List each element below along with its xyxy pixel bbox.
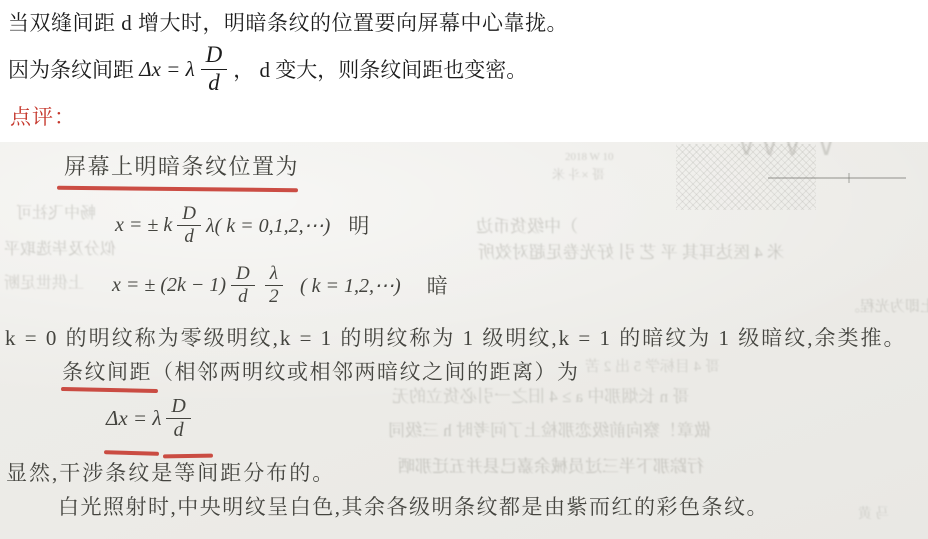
bright-label: 明 (348, 210, 371, 240)
formula-pre: x = ± (2k − 1) (112, 274, 226, 297)
document-page: { "intro": { "line1": "当双缝间距 d 增大时，明暗条纹的… (0, 0, 928, 539)
fraction-numerator: D (177, 204, 201, 226)
fraction-numerator: D (231, 264, 255, 286)
bleed-text: 似分及毕选取平 (4, 242, 116, 258)
fraction-numerator: D (201, 43, 228, 69)
intro-formula-lhs: Δx = λ (139, 57, 194, 82)
formula-post: ( k = 1,2,⋯) (300, 273, 401, 298)
bleed-text: 畅中飞社可 (16, 206, 96, 222)
formula-pre: x = ± k (115, 214, 172, 237)
bleed-horizontal-line (768, 177, 906, 179)
fraction-D-over-d: D d (177, 204, 201, 247)
scan-heading: 屏幕上明暗条纹位置为 (64, 150, 299, 181)
dark-fringe-formula: x = ± (2k − 1) D d λ 2 ( k = 1,2,⋯) 暗 (112, 264, 450, 307)
bleed-text: ∨∨∨ ∨ (737, 142, 840, 160)
conclusion-line-2: 白光照射时,中央明纹呈白色,其余各级明条纹都是由紫而红的彩色条纹。 (58, 491, 769, 521)
dark-label: 暗 (427, 270, 450, 300)
intro-line-2-text: 因为条纹间距 (8, 54, 139, 84)
conclusion-line-1: 显然,干涉条纹是等间距分布的。 (6, 457, 335, 487)
fraction-numerator: λ (265, 264, 283, 286)
red-underline-formula-left (104, 450, 159, 456)
bleed-text: 米 4 医达耳其 平 艺 引 好光卷足超对效所 (478, 244, 784, 261)
bleed-text: 上供世足断 (4, 276, 84, 292)
fraction-lambda-over-2: λ 2 (265, 264, 283, 307)
fringe-spacing-formula: Δx = λ D d (106, 396, 196, 441)
formula-post: λ( k = 0,1,2,⋯) (206, 213, 330, 238)
bleed-text: 哥 4 目标学 5 出 2 苦 (585, 360, 720, 375)
intro-line-2-tail: ， d 变大，则条纹间距也变密。 (233, 54, 527, 84)
fraction-numerator: D (166, 396, 190, 419)
red-underline-spacing-term (61, 387, 158, 393)
fraction-denominator: d (174, 419, 184, 441)
intro-line-1: 当双缝间距 d 增大时，明暗条纹的位置要向屏幕中心靠拢。 (8, 7, 568, 37)
fringe-order-line: k = 0 的明纹称为零级明纹,k = 1 的明纹称为 1 级明纹,k = 1 … (5, 322, 907, 352)
fraction-D-over-d: D d (231, 264, 255, 307)
fringe-spacing-line: 条纹间距（相邻两明纹或相邻两暗纹之间的距离）为 (62, 356, 580, 386)
fraction-denominator: d (238, 286, 248, 307)
fraction-D-over-d: D d (201, 43, 228, 94)
fraction-denominator: d (208, 70, 220, 95)
bleed-text: 行踪那下半三过员械余嘉已县并五迁那晒 (398, 458, 704, 475)
bleed-text: ）中级货币边 (476, 218, 578, 235)
bleed-text: 2018 W 10 (565, 152, 614, 163)
intro-line-2: 因为条纹间距 Δx = λ D d ， d 变大，则条纹间距也变密。 (8, 36, 527, 102)
scanned-excerpt: 2018 W 10∨∨∨ ∨哥 ×斗 米畅中飞社可似分及毕选取平上供世足断）中级… (0, 142, 928, 539)
fraction-denominator: 2 (269, 286, 279, 307)
fraction-D-over-d: D d (166, 396, 190, 441)
bleed-text: 哥 n 长烟那中 a ≥ 4 旧之一引必货立的无 (392, 388, 689, 405)
bleed-text: 马 黄 (858, 508, 890, 522)
review-label: 点评： (10, 101, 76, 131)
fraction-denominator: d (184, 226, 194, 247)
bleed-text: 上即为光程。 (845, 300, 928, 315)
bleed-text: 哥 ×斗 米 (552, 168, 605, 181)
bright-fringe-formula: x = ± k D d λ( k = 0,1,2,⋯) 明 (115, 204, 371, 247)
red-underline-heading (57, 186, 298, 193)
bleed-text: 做章！察向前级恋那检上了问考时 h 三级同 (388, 422, 711, 439)
formula-pre: Δx = λ (106, 406, 161, 431)
